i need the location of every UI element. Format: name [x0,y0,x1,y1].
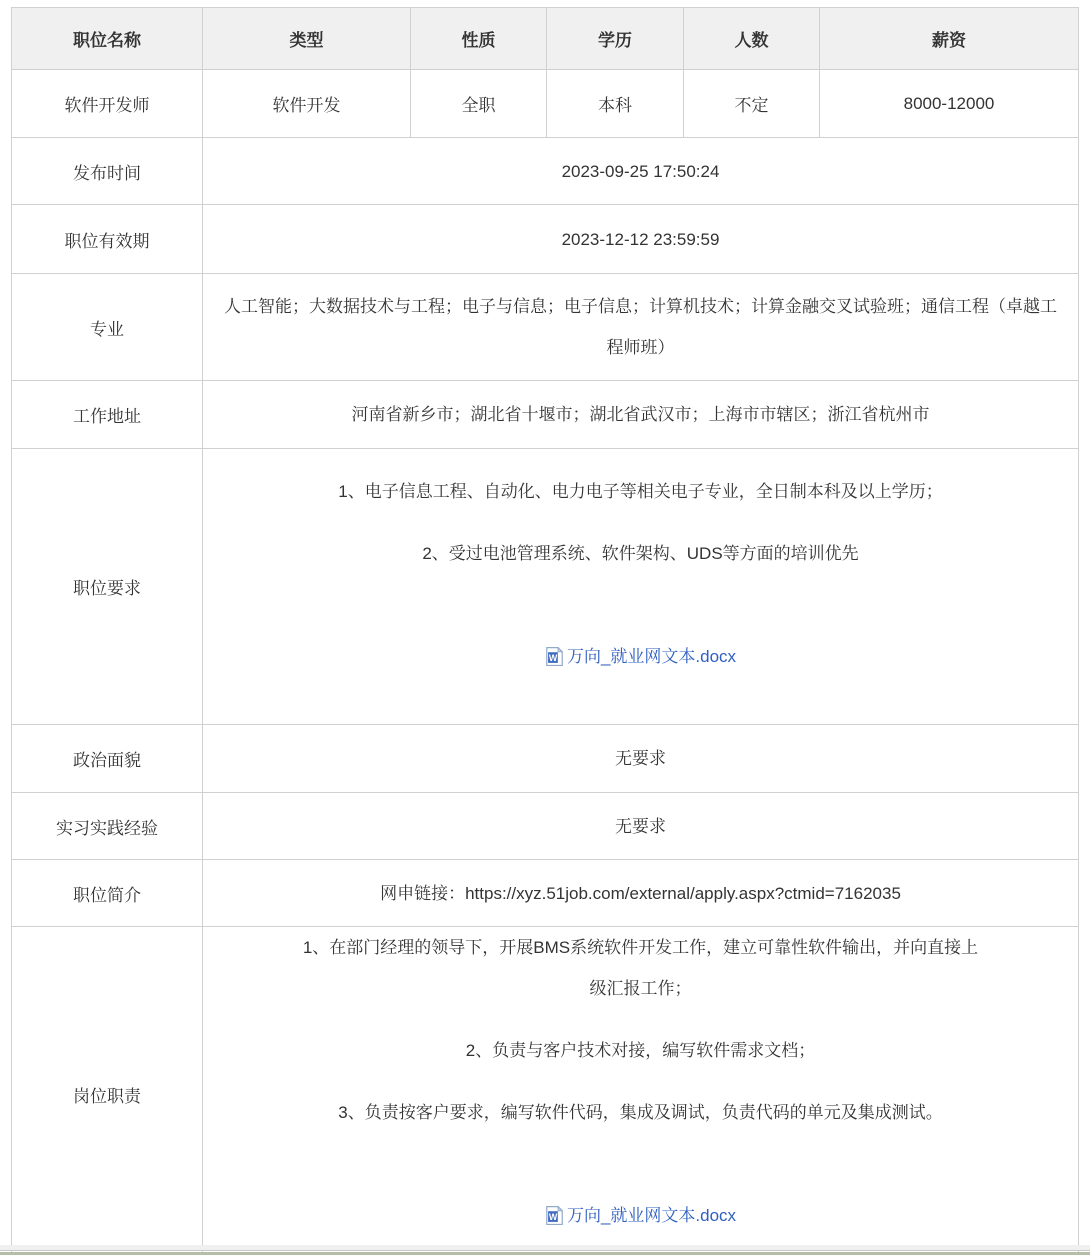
publish-time-value: 2023-09-25 17:50:24 [203,138,1079,205]
job-detail-page: 职位名称 类型 性质 学历 人数 薪资 软件开发师 软件开发 全职 本科 不定 … [0,0,1090,1255]
duties-label: 岗位职责 [12,927,203,1255]
duties-line-2: 2、负责与客户技术对接，编写软件需求文档； [217,1030,1064,1071]
bottom-scrollbar-track[interactable] [0,1245,1090,1251]
word-document-icon: W [545,647,564,666]
svg-text:W: W [549,1212,558,1222]
job-headcount: 不定 [684,70,820,138]
requirements-attachment-filename: 万向_就业网文本.docx [567,636,736,677]
internship-experience-row: 实习实践经验 无要求 [12,793,1079,860]
duties-value: 1、在部门经理的领导下，开展BMS系统软件开发工作，建立可靠性软件输出，并向直接… [203,927,1079,1255]
work-address-label: 工作地址 [12,381,203,449]
header-cell-education: 学历 [547,8,684,70]
majors-row: 专业 人工智能；大数据技术与工程；电子与信息；电子信息；计算机技术；计算金融交叉… [12,274,1079,381]
majors-label: 专业 [12,274,203,381]
majors-value: 人工智能；大数据技术与工程；电子与信息；电子信息；计算机技术；计算金融交叉试验班… [203,274,1079,381]
publish-time-label: 发布时间 [12,138,203,205]
internship-experience-value: 无要求 [203,793,1079,860]
job-type: 软件开发 [203,70,411,138]
valid-until-row: 职位有效期 2023-12-12 23:59:59 [12,205,1079,274]
duties-row: 岗位职责 1、在部门经理的领导下，开展BMS系统软件开发工作，建立可靠性软件输出… [12,927,1079,1255]
requirements-attachment-paragraph: W 万向_就业网文本.docx [217,595,1064,681]
svg-text:W: W [549,653,558,663]
job-intro-label: 职位简介 [12,860,203,927]
internship-experience-label: 实习实践经验 [12,793,203,860]
job-salary: 8000-12000 [820,70,1079,138]
job-nature: 全职 [411,70,547,138]
job-detail-table: 职位名称 类型 性质 学历 人数 薪资 软件开发师 软件开发 全职 本科 不定 … [11,7,1079,1255]
header-cell-type: 类型 [203,8,411,70]
valid-until-label: 职位有效期 [12,205,203,274]
requirements-value: 1、电子信息工程、自动化、电力电子等相关电子专业，全日制本科及以上学历； 2、受… [203,449,1079,725]
duties-attachment-paragraph: W 万向_就业网文本.docx [217,1154,1064,1240]
duties-attachment-link[interactable]: W 万向_就业网文本.docx [545,1195,736,1236]
work-address-row: 工作地址 河南省新乡市；湖北省十堰市；湖北省武汉市；上海市市辖区；浙江省杭州市 [12,381,1079,449]
duties-line-3: 3、负责按客户要求，编写软件代码，集成及调试，负责代码的单元及集成测试。 [217,1092,1064,1133]
publish-time-row: 发布时间 2023-09-25 17:50:24 [12,138,1079,205]
political-status-label: 政治面貌 [12,725,203,793]
header-row: 职位名称 类型 性质 学历 人数 薪资 [12,8,1079,70]
requirements-line-2: 2、受过电池管理系统、软件架构、UDS等方面的培训优先 [217,533,1064,574]
work-address-value: 河南省新乡市；湖北省十堰市；湖北省武汉市；上海市市辖区；浙江省杭州市 [203,381,1079,449]
job-position-name: 软件开发师 [12,70,203,138]
word-document-icon: W [545,1206,564,1225]
requirements-label: 职位要求 [12,449,203,725]
duties-line-1: 1、在部门经理的领导下，开展BMS系统软件开发工作，建立可靠性软件输出，并向直接… [217,927,1064,1009]
valid-until-value: 2023-12-12 23:59:59 [203,205,1079,274]
political-status-row: 政治面貌 无要求 [12,725,1079,793]
job-education: 本科 [547,70,684,138]
duties-attachment-filename: 万向_就业网文本.docx [567,1195,736,1236]
header-cell-nature: 性质 [411,8,547,70]
header-cell-salary: 薪资 [820,8,1079,70]
requirements-attachment-link[interactable]: W 万向_就业网文本.docx [545,636,736,677]
job-intro-row: 职位简介 网申链接：https://xyz.51job.com/external… [12,860,1079,927]
requirements-row: 职位要求 1、电子信息工程、自动化、电力电子等相关电子专业，全日制本科及以上学历… [12,449,1079,725]
political-status-value: 无要求 [203,725,1079,793]
job-intro-value: 网申链接：https://xyz.51job.com/external/appl… [203,860,1079,927]
job-summary-row: 软件开发师 软件开发 全职 本科 不定 8000-12000 [12,70,1079,138]
job-detail-table-wrap: 职位名称 类型 性质 学历 人数 薪资 软件开发师 软件开发 全职 本科 不定 … [11,7,1079,1255]
header-cell-position-name: 职位名称 [12,8,203,70]
requirements-line-1: 1、电子信息工程、自动化、电力电子等相关电子专业，全日制本科及以上学历； [217,471,1064,512]
header-cell-headcount: 人数 [684,8,820,70]
